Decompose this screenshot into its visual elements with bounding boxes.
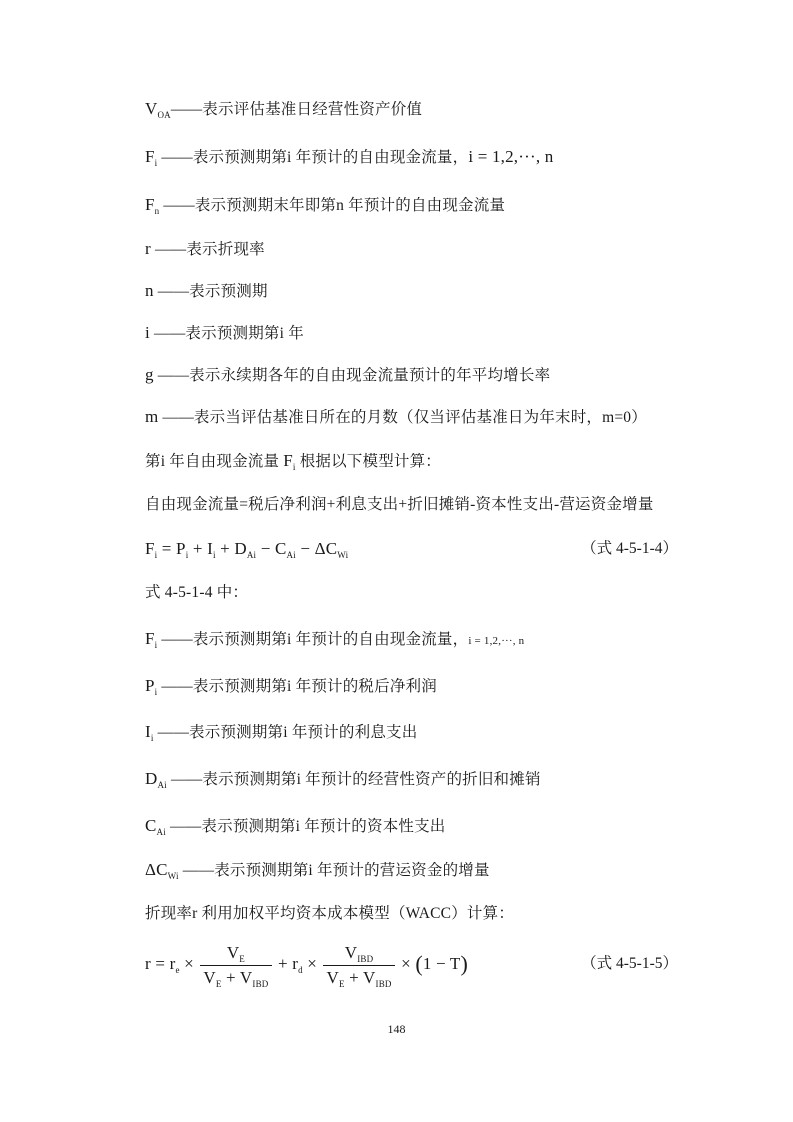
- operator: −: [256, 539, 275, 558]
- operator: ×: [180, 954, 199, 973]
- fraction-numerator: VE: [200, 943, 271, 966]
- document-page: VOA——表示评估基准日经营性资产价值 Fi ——表示预测期第i 年预计的自由现…: [0, 0, 793, 1122]
- wacc-intro: 折现率r 利用加权平均资本成本模型（WACC）计算：: [145, 903, 514, 925]
- operator: ×: [397, 954, 416, 973]
- definition-text: ——表示预测期第i 年预计的税后净利润: [157, 678, 437, 695]
- symbol: ΔC: [145, 860, 168, 879]
- operator: +: [216, 539, 235, 558]
- definition-text: ——表示永续期各年的自由现金流量预计的年平均增长率: [154, 367, 551, 384]
- symbol: C: [145, 816, 157, 835]
- fraction-numerator: VIBD: [323, 943, 394, 966]
- definition-n: n ——表示预测期: [145, 280, 268, 303]
- equation-number-4-5-1-4: （式 4-5-1-4）: [581, 538, 678, 560]
- lhs-symbol: F: [145, 539, 155, 558]
- symbol: V: [240, 968, 252, 987]
- definition-cai: CAi ——表示预测期第i 年预计的资本性支出: [145, 815, 446, 838]
- symbol: F: [145, 147, 155, 166]
- definition-fi: Fi ——表示预测期第i 年预计的自由现金流量，i = 1,2,···, n: [145, 146, 553, 169]
- index-range: i = 1,2,···, n: [468, 147, 553, 166]
- definition-m: m ——表示当评估基准日所在的月数（仅当评估基准日为年末时，m=0）: [145, 406, 647, 429]
- definition-text: ——表示预测期第i 年预计的自由现金流量，: [157, 149, 468, 166]
- operator: +: [274, 954, 293, 973]
- symbol: F: [145, 629, 155, 648]
- operator: +: [188, 539, 207, 558]
- symbol: V: [227, 943, 239, 962]
- symbol: n: [145, 281, 154, 300]
- term-symbol: P: [176, 539, 186, 558]
- definition-text: ——表示预测期第i 年预计的经营性资产的折旧和摊销: [167, 771, 541, 788]
- definition-text: ——表示评估基准日经营性资产价值: [171, 101, 422, 118]
- symbol: V: [363, 968, 375, 987]
- fcf-intro: 第i 年自由现金流量 Fi 根据以下模型计算：: [145, 450, 441, 473]
- subscript: Ai: [157, 827, 166, 837]
- definition-voa: VOA——表示评估基准日经营性资产价值: [145, 98, 422, 121]
- symbol: V: [203, 968, 215, 987]
- definition-g: g ——表示永续期各年的自由现金流量预计的年平均增长率: [145, 364, 550, 387]
- definition-text: ——表示预测期末年即第n 年预计的自由现金流量: [159, 197, 505, 214]
- page-number: 148: [0, 1022, 793, 1037]
- subscript: OA: [157, 110, 170, 120]
- term-symbol: D: [234, 539, 246, 558]
- symbol: V: [145, 99, 157, 118]
- intro-suffix: 根据以下模型计算：: [296, 453, 441, 470]
- subscript: IBD: [252, 979, 268, 989]
- where-text: 式 4-5-1-4 中：: [145, 584, 248, 601]
- definition-pi: Pi ——表示预测期第i 年预计的税后净利润: [145, 675, 437, 698]
- definition-text: ——表示折现率: [151, 241, 265, 258]
- symbol: m: [145, 407, 158, 426]
- definition-dai: DAi ——表示预测期第i 年预计的经营性资产的折旧和摊销: [145, 768, 541, 791]
- definition-text: ——表示预测期第i 年: [150, 325, 304, 342]
- index-range: i = 1,2,···, n: [468, 635, 524, 647]
- debt-weight-fraction: VIBDVE + VIBD: [323, 943, 394, 988]
- equals: =: [157, 539, 176, 558]
- equation-number-4-5-1-5: （式 4-5-1-5）: [581, 953, 678, 975]
- subscript: Ai: [247, 550, 256, 560]
- wacc-intro-text: 折现率r 利用加权平均资本成本模型（WACC）计算：: [145, 905, 514, 922]
- subscript: E: [239, 954, 245, 964]
- definition-i: i ——表示预测期第i 年: [145, 322, 304, 345]
- word-formula-text: 自由现金流量=税后净利润+利息支出+折旧摊销-资本性支出-营运资金增量: [145, 496, 654, 513]
- where-clause: 式 4-5-1-4 中：: [145, 582, 248, 604]
- definition-fn: Fn ——表示预测期末年即第n 年预计的自由现金流量: [145, 194, 505, 217]
- fcf-word-formula: 自由现金流量=税后净利润+利息支出+折旧摊销-资本性支出-营运资金增量: [145, 494, 654, 516]
- equity-weight-fraction: VEVE + VIBD: [200, 943, 271, 988]
- term-symbol: C: [275, 539, 287, 558]
- symbol: V: [326, 968, 338, 987]
- equals: =: [151, 954, 170, 973]
- tax-shield-term: 1 − T: [423, 954, 461, 973]
- definition-text: ——表示预测期第i 年预计的资本性支出: [166, 818, 446, 835]
- definition-ii: Ii ——表示预测期第i 年预计的利息支出: [145, 721, 417, 744]
- subscript: Ai: [157, 780, 166, 790]
- formula-4-5-1-4: Fi = Pi + Ii + DAi − CAi − ΔCWi: [145, 538, 348, 560]
- operator: ×: [303, 954, 322, 973]
- operator: +: [345, 968, 363, 987]
- intro-prefix: 第i 年自由现金流量: [145, 453, 283, 470]
- symbol: P: [145, 676, 155, 695]
- symbol: F: [283, 451, 293, 470]
- formula-4-5-1-5: r = re × VEVE + VIBD + rd × VIBDVE + VIB…: [145, 942, 468, 988]
- symbol: D: [145, 769, 157, 788]
- operator: +: [222, 968, 240, 987]
- definition-text: ——表示预测期第i 年预计的自由现金流量，: [157, 631, 468, 648]
- symbol: V: [345, 943, 357, 962]
- definition-text: ——表示当评估基准日所在的月数（仅当评估基准日为年末时，m=0）: [158, 409, 647, 426]
- subscript: Wi: [337, 550, 348, 560]
- subscript: Wi: [168, 871, 179, 881]
- definition-text: ——表示预测期第i 年预计的利息支出: [154, 724, 418, 741]
- definition-text: ——表示预测期第i 年预计的营运资金的增量: [179, 862, 490, 879]
- definition-text: ——表示预测期: [154, 283, 268, 300]
- subscript: IBD: [376, 979, 392, 989]
- subscript: Ai: [286, 550, 295, 560]
- definition-fi-2: Fi ——表示预测期第i 年预计的自由现金流量，i = 1,2,···, n: [145, 628, 524, 652]
- symbol: g: [145, 365, 154, 384]
- symbol: F: [145, 195, 155, 214]
- definition-r: r ——表示折现率: [145, 238, 265, 261]
- operator: −: [296, 539, 315, 558]
- term-symbol: ΔC: [315, 539, 338, 558]
- fraction-denominator: VE + VIBD: [200, 966, 271, 988]
- subscript: IBD: [357, 954, 373, 964]
- fraction-denominator: VE + VIBD: [323, 966, 394, 988]
- close-paren: ): [461, 951, 469, 976]
- open-paren: (: [415, 951, 423, 976]
- definition-delta-cwi: ΔCWi ——表示预测期第i 年预计的营运资金的增量: [145, 859, 490, 882]
